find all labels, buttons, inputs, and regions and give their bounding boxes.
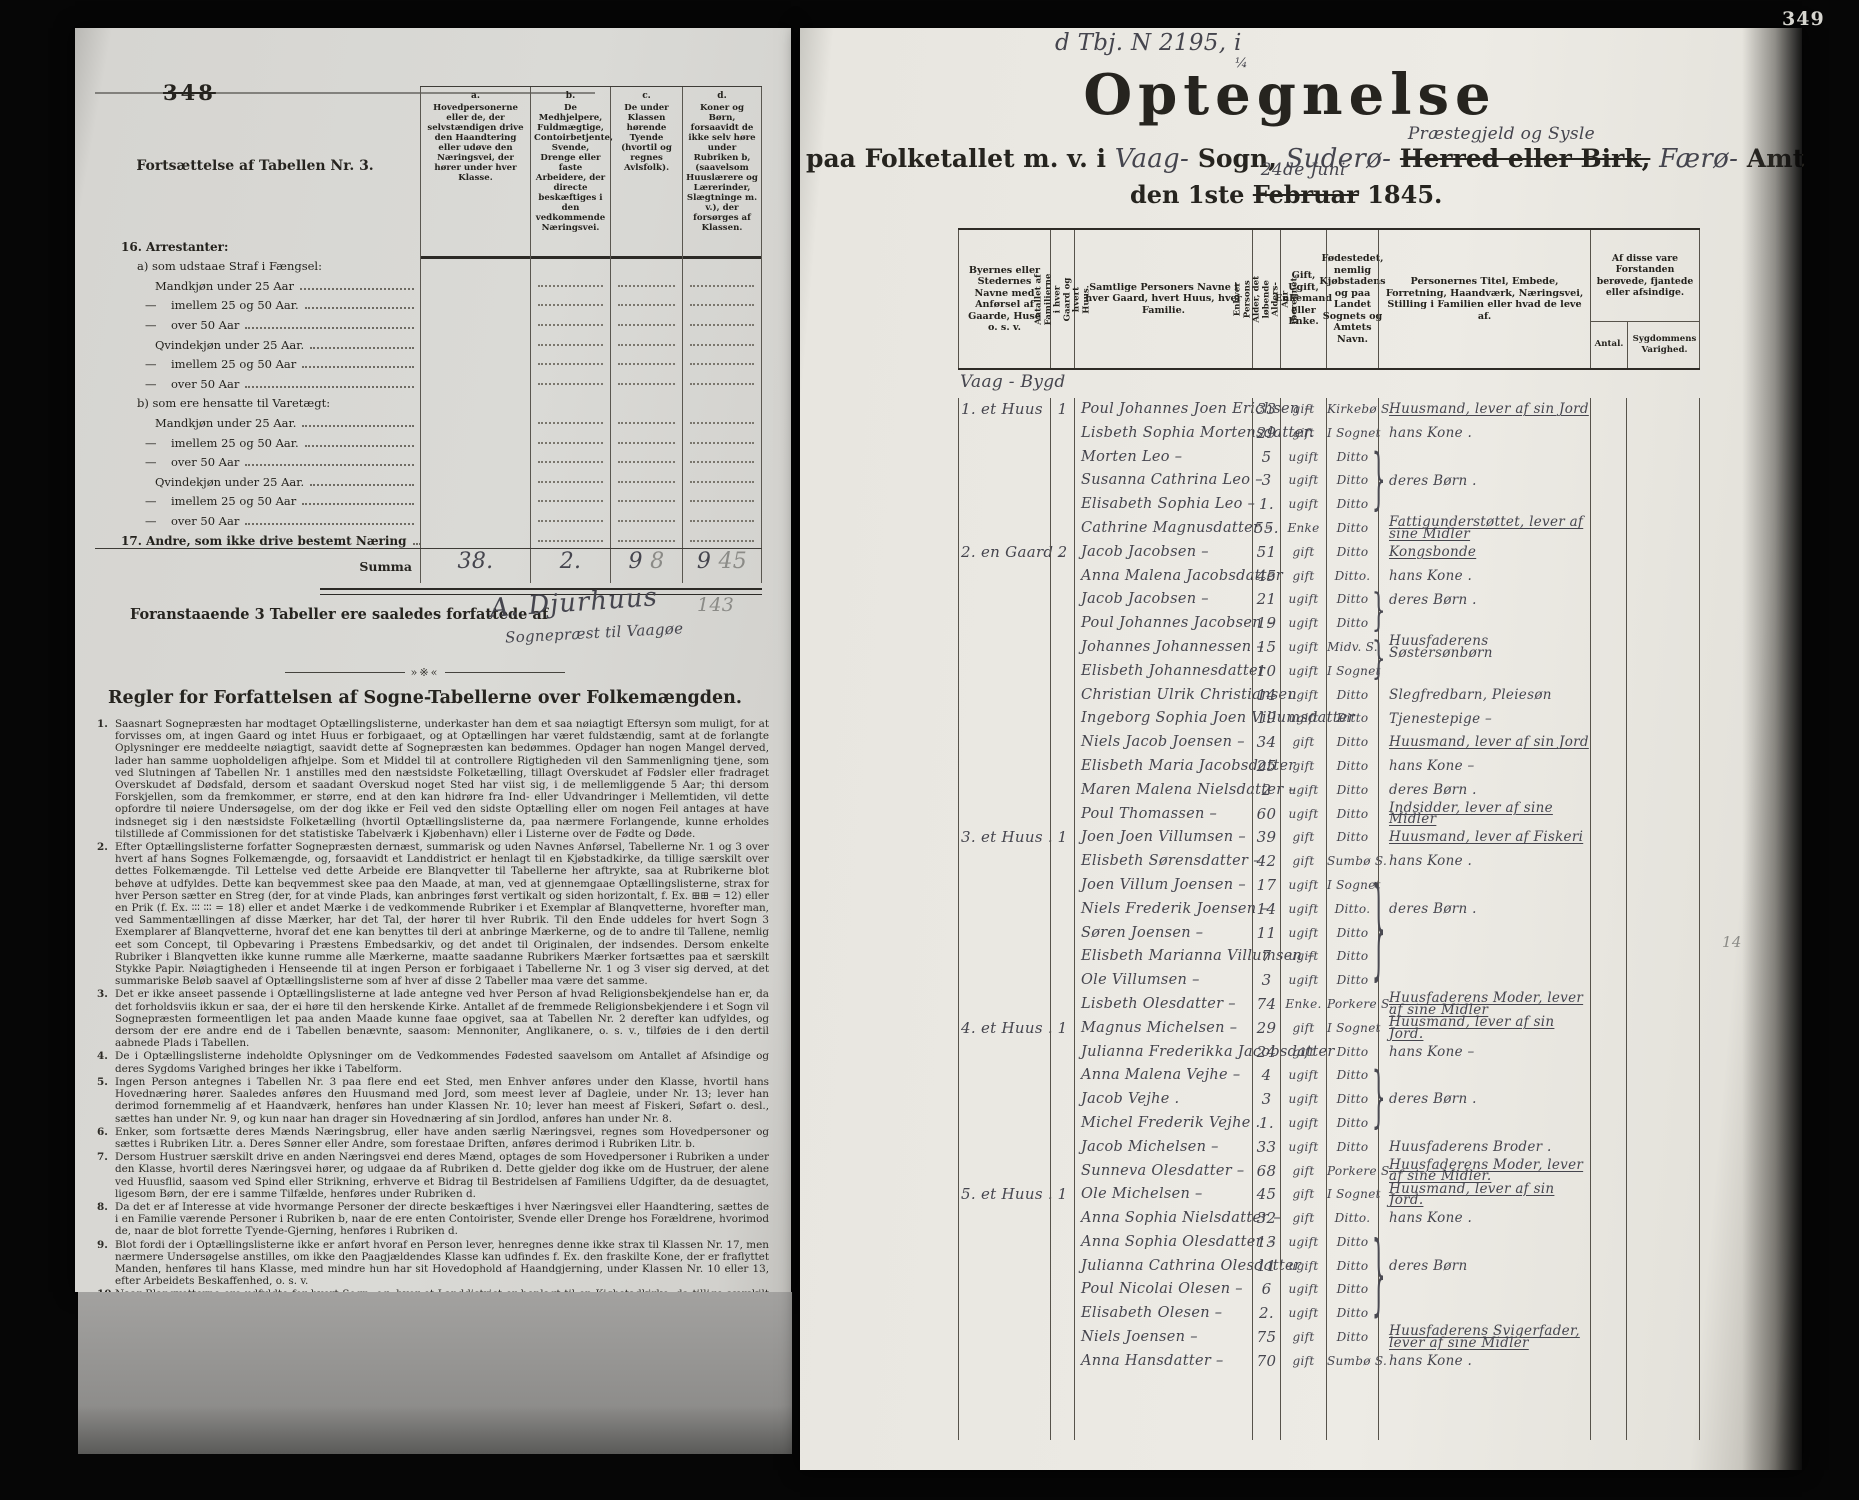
cell-occupation bbox=[1378, 1064, 1590, 1088]
handwritten-parish: Vaag- bbox=[1115, 144, 1189, 174]
birthplace-text: Ditto bbox=[1337, 497, 1369, 511]
birthplace-text: Ditto bbox=[1337, 807, 1369, 821]
cell-family-count: 2 bbox=[1050, 541, 1074, 565]
cell-place bbox=[958, 707, 1050, 731]
occupation-text: hans Kone – bbox=[1389, 761, 1475, 773]
cell-family-count bbox=[1050, 446, 1074, 470]
dotted-leader bbox=[310, 346, 414, 349]
cell-place bbox=[958, 684, 1050, 708]
birthplace-text: Ditto bbox=[1337, 926, 1369, 940]
cell-marital-status: ugift bbox=[1280, 1255, 1326, 1279]
cell-name: Niels Jacob Joensen – bbox=[1074, 731, 1252, 755]
row-label-text: 17. Andre, som ikke drive bestemt Næring bbox=[121, 534, 407, 548]
dotted-fill bbox=[690, 304, 754, 306]
cell-insane-count bbox=[1590, 541, 1626, 565]
cell-d bbox=[682, 352, 762, 372]
cell-occupation: Huusmand, lever af Fiskeri bbox=[1378, 826, 1590, 850]
cell-insane-duration bbox=[1626, 922, 1700, 946]
cell-age: 70 bbox=[1252, 1350, 1280, 1374]
cell-c bbox=[610, 469, 682, 489]
dotted-fill bbox=[618, 304, 675, 306]
cell-age: 2. bbox=[1252, 1302, 1280, 1326]
cell-c bbox=[610, 312, 682, 332]
cell-insane-count bbox=[1590, 517, 1626, 541]
birthplace-text: Ditto bbox=[1337, 949, 1369, 963]
cell-name: Jacob Jacobsen – bbox=[1074, 541, 1252, 565]
birthplace-text: Ditto bbox=[1337, 1045, 1369, 1059]
row-label: Qvindekjøn under 25 Aar. bbox=[95, 338, 420, 352]
cell-c bbox=[610, 293, 682, 313]
cell-insane-duration bbox=[1626, 684, 1700, 708]
cell-c bbox=[610, 371, 682, 391]
cell-occupation: Slegfredbarn, Pleiesøn bbox=[1378, 684, 1590, 708]
header-occupation: Personernes Titel, Embede, Forretning, H… bbox=[1378, 230, 1590, 368]
cell-d bbox=[682, 254, 762, 274]
cell-birthplace: Ditto} bbox=[1326, 588, 1378, 612]
cell-family-count bbox=[1050, 660, 1074, 684]
dotted-fill bbox=[618, 540, 675, 542]
cell-age: 75 bbox=[1252, 1326, 1280, 1350]
cell-place bbox=[958, 565, 1050, 589]
cell-insane-duration bbox=[1626, 1112, 1700, 1136]
cell-marital-status: ugift bbox=[1280, 874, 1326, 898]
cell-birthplace: Ditto bbox=[1326, 922, 1378, 946]
handwritten-correction: Præstegjeld og Sysle bbox=[1408, 124, 1595, 144]
birthplace-text: I Sognet bbox=[1327, 1021, 1381, 1035]
row-label-text: imellem 25 og 50 Aar bbox=[171, 494, 296, 508]
cell-place bbox=[958, 493, 1050, 517]
cell-d bbox=[682, 450, 762, 470]
header-names: Samtlige Personers Navne i hver Gaard, h… bbox=[1074, 230, 1252, 368]
occupation-text: deres Børn . bbox=[1389, 904, 1477, 916]
cell-marital-status: ugift bbox=[1280, 898, 1326, 922]
dotted-fill bbox=[618, 481, 675, 483]
table3-row: 17. Andre, som ikke drive bestemt Næring bbox=[95, 528, 762, 548]
left-page: 348 Fortsættelse af Tabellen Nr. 3. a. H… bbox=[75, 28, 791, 1292]
cell-birthplace: Ditto bbox=[1326, 826, 1378, 850]
cell-place bbox=[958, 1041, 1050, 1065]
cell-insane-count bbox=[1590, 993, 1626, 1017]
cell-family-count bbox=[1050, 850, 1074, 874]
dotted-fill bbox=[538, 461, 603, 463]
table3-row: — over 50 Aar bbox=[95, 312, 762, 332]
cell-birthplace: I Sognet bbox=[1326, 1183, 1378, 1207]
table3-row: — imellem 25 og 50 Aar bbox=[95, 489, 762, 509]
dotted-fill bbox=[538, 442, 603, 444]
cell-name: Susanna Cathrina Leo – bbox=[1074, 469, 1252, 493]
table3-row: b) som ere hensatte til Varetægt: bbox=[95, 391, 762, 411]
dotted-leader bbox=[302, 365, 414, 368]
dotted-fill bbox=[618, 344, 675, 346]
cell-name: Poul Johannes Joen Erichsen – bbox=[1074, 398, 1252, 422]
cell-name: Anna Sophia Olesdatter – bbox=[1074, 1231, 1252, 1255]
cell-marital-status: ugift bbox=[1280, 969, 1326, 993]
row-label: b) som ere hensatte til Varetægt: bbox=[95, 396, 420, 410]
cell-marital-status: ugift bbox=[1280, 612, 1326, 636]
occupation-text: Huusmand, lever af sin Jord. bbox=[1389, 1184, 1590, 1207]
ornament-bar bbox=[445, 672, 565, 674]
birthplace-text: Ditto. bbox=[1335, 1211, 1371, 1225]
scanned-census-spread: 348 Fortsættelse af Tabellen Nr. 3. a. H… bbox=[0, 0, 1859, 1500]
cell-birthplace: Ditto bbox=[1326, 1278, 1378, 1302]
cell-insane-count bbox=[1590, 660, 1626, 684]
column-letter: d. bbox=[686, 91, 758, 101]
column-letter: b. bbox=[534, 91, 607, 101]
row-label-text: over 50 Aar bbox=[171, 455, 239, 469]
row-label: 16. Arrestanter: bbox=[95, 240, 420, 254]
cell-insane-count bbox=[1590, 1255, 1626, 1279]
row-label-text: over 50 Aar bbox=[171, 514, 239, 528]
dotted-fill bbox=[690, 500, 754, 502]
dotted-fill bbox=[618, 324, 675, 326]
dotted-fill bbox=[538, 324, 603, 326]
occupation-text: Huusmand, lever af sin Jord bbox=[1389, 737, 1589, 749]
cell-insane-duration bbox=[1626, 517, 1700, 541]
cell-name: Elisbeth Maria Jacobsdatter bbox=[1074, 755, 1252, 779]
row-label-text: a) som udstaae Straf i Fængsel: bbox=[137, 259, 322, 273]
cell-c bbox=[610, 273, 682, 293]
cell-occupation: Tjenestepige – bbox=[1378, 707, 1590, 731]
birthplace-text: Ditto bbox=[1337, 616, 1369, 630]
cell-marital-status: Enke. bbox=[1280, 993, 1326, 1017]
group-brace: } bbox=[1372, 447, 1386, 518]
dotted-fill bbox=[690, 363, 754, 365]
cell-a bbox=[420, 508, 530, 528]
cell-insane-duration bbox=[1626, 1017, 1700, 1041]
cell-occupation: deres Børn . bbox=[1378, 588, 1590, 612]
dotted-leader bbox=[305, 444, 414, 447]
cell-age: 10 bbox=[1252, 660, 1280, 684]
cell-insane-duration bbox=[1626, 755, 1700, 779]
row-label: — over 50 Aar bbox=[95, 455, 420, 469]
table3-row: Qvindekjøn under 25 Aar. bbox=[95, 469, 762, 489]
cell-age: 60 bbox=[1252, 803, 1280, 827]
scanner-backing bbox=[78, 1292, 792, 1454]
cell-birthplace: Ditto. bbox=[1326, 898, 1378, 922]
cell-age: 3 bbox=[1252, 1088, 1280, 1112]
cell-family-count bbox=[1050, 1326, 1074, 1350]
cell-age: 1. bbox=[1252, 1112, 1280, 1136]
birthplace-text: Ditto bbox=[1337, 1306, 1369, 1320]
cell-insane-count bbox=[1590, 469, 1626, 493]
rule-text: Ingen Person antegnes i Tabellen Nr. 3 p… bbox=[115, 1076, 769, 1125]
cell-insane-duration bbox=[1626, 898, 1700, 922]
cell-marital-status: ugift bbox=[1280, 636, 1326, 660]
cell-occupation: Huusfaderens Moder, lever af sine Midler… bbox=[1378, 1160, 1590, 1184]
cell-occupation bbox=[1378, 874, 1590, 898]
cell-b bbox=[530, 273, 610, 293]
cell-marital-status: ugift bbox=[1280, 469, 1326, 493]
rule-paragraph: 6. Enker, som fortsætte deres Mænds Næri… bbox=[97, 1126, 769, 1150]
cell-age: 29 bbox=[1252, 422, 1280, 446]
cell-d bbox=[682, 293, 762, 313]
table3-row: — over 50 Aar bbox=[95, 508, 762, 528]
cell-place bbox=[958, 898, 1050, 922]
cell-place bbox=[958, 612, 1050, 636]
row-label-text: over 50 Aar bbox=[171, 377, 239, 391]
cell-age: 68 bbox=[1252, 1160, 1280, 1184]
cell-marital-status: ugift bbox=[1280, 707, 1326, 731]
cell-birthplace: Ditto bbox=[1326, 1041, 1378, 1065]
cell-marital-status: ugift bbox=[1280, 922, 1326, 946]
cell-place bbox=[958, 469, 1050, 493]
cell-d bbox=[682, 391, 762, 411]
cell-insane-duration bbox=[1626, 588, 1700, 612]
cell-age: 25 bbox=[1252, 755, 1280, 779]
cell-name: Elisabeth Olesen – bbox=[1074, 1302, 1252, 1326]
cell-insane-count bbox=[1590, 731, 1626, 755]
cell-marital-status: ugift bbox=[1280, 684, 1326, 708]
cell-insane-count bbox=[1590, 898, 1626, 922]
cell-insane-count bbox=[1590, 803, 1626, 827]
cell-b bbox=[530, 450, 610, 470]
summa-b: 2. bbox=[530, 549, 610, 583]
header-insane-title: Af disse vare Forstanden berøvede, fjant… bbox=[1591, 230, 1699, 321]
rule-number: 7. bbox=[97, 1151, 108, 1163]
cell-birthplace: Ditto bbox=[1326, 1088, 1378, 1112]
cell-insane-duration bbox=[1626, 1136, 1700, 1160]
rule-number: 9. bbox=[97, 1239, 108, 1251]
birthplace-text: Ditto. bbox=[1335, 902, 1371, 916]
cell-occupation bbox=[1378, 1231, 1590, 1255]
cell-place bbox=[958, 1136, 1050, 1160]
cell-occupation bbox=[1378, 446, 1590, 470]
handwritten-date: 24de Juni bbox=[1261, 160, 1346, 180]
table3-row: — imellem 25 og 50 Aar bbox=[95, 352, 762, 372]
header-families-vertical: Antallet af Familierne i hver Gaard og h… bbox=[1050, 230, 1074, 368]
birthplace-text: Ditto bbox=[1337, 473, 1369, 487]
row-dash: — bbox=[145, 298, 171, 312]
birthplace-text: Ditto bbox=[1337, 545, 1369, 559]
cell-a bbox=[420, 430, 530, 450]
cell-occupation: Huusfaderens Broder . bbox=[1378, 1136, 1590, 1160]
rule-paragraph: 1. Saasnart Sognepræsten har modtaget Op… bbox=[97, 718, 769, 840]
cell-birthplace: Kirkebø S. bbox=[1326, 398, 1378, 422]
cell-d bbox=[682, 508, 762, 528]
cell-insane-duration bbox=[1626, 803, 1700, 827]
dotted-fill bbox=[538, 304, 603, 306]
cell-birthplace: I Sognet bbox=[1326, 422, 1378, 446]
cell-birthplace: Ditto. bbox=[1326, 1207, 1378, 1231]
cell-name: Lisbeth Olesdatter – bbox=[1074, 993, 1252, 1017]
occupation-text: deres Børn . bbox=[1389, 1094, 1477, 1106]
cell-name: Poul Thomassen – bbox=[1074, 803, 1252, 827]
dotted-fill bbox=[618, 520, 675, 522]
signature-title: Sognepræst til Vaagøe bbox=[505, 619, 684, 646]
cell-b bbox=[530, 254, 610, 274]
cell-insane-duration bbox=[1626, 612, 1700, 636]
row-label: Qvindekjøn under 25 Aar. bbox=[95, 475, 420, 489]
cell-birthplace: I Sognet bbox=[1326, 660, 1378, 684]
cell-age: 15 bbox=[1252, 636, 1280, 660]
summa-a: 38. bbox=[420, 549, 530, 583]
cell-place bbox=[958, 850, 1050, 874]
table3-row: — imellem 25 og 50 Aar. bbox=[95, 430, 762, 450]
pencil-total: 143 bbox=[697, 594, 734, 616]
cell-family-count bbox=[1050, 1160, 1074, 1184]
dotted-fill bbox=[690, 540, 754, 542]
cell-name: Cathrine Magnusdatter – bbox=[1074, 517, 1252, 541]
cell-insane-count bbox=[1590, 1088, 1626, 1112]
cell-name: Joen Joen Villumsen – bbox=[1074, 826, 1252, 850]
cell-age: 19 bbox=[1252, 612, 1280, 636]
cell-marital-status: ugift bbox=[1280, 1231, 1326, 1255]
cell-d bbox=[682, 312, 762, 332]
document-title: Optegnelse bbox=[800, 62, 1780, 128]
table3-column-header: d. Koner og Børn, forsaavidt de ikke sel… bbox=[682, 87, 762, 257]
cell-family-count bbox=[1050, 1088, 1074, 1112]
cell-place bbox=[958, 731, 1050, 755]
birthplace-text: Ditto bbox=[1337, 759, 1369, 773]
occupation-text: deres Børn . bbox=[1389, 476, 1477, 488]
row-label-text: Mandkjøn under 25 Aar bbox=[155, 279, 294, 293]
row-label: — over 50 Aar bbox=[95, 318, 420, 332]
cell-name: Magnus Michelsen – bbox=[1074, 1017, 1252, 1041]
cell-age: 24 bbox=[1252, 1041, 1280, 1065]
occupation-text: hans Kone . bbox=[1389, 571, 1472, 583]
census-table: Byernes eller Stedernes Navne med Anførs… bbox=[958, 228, 1700, 370]
cell-insane-count bbox=[1590, 1326, 1626, 1350]
group-brace: } bbox=[1372, 1232, 1386, 1327]
row-dash: — bbox=[145, 436, 171, 450]
column-header-text: De Medhjelpere, Fuldmægtige, Contoirbetj… bbox=[534, 103, 613, 233]
row-label: a) som udstaae Straf i Fængsel: bbox=[95, 259, 420, 273]
cell-a bbox=[420, 352, 530, 372]
cell-b bbox=[530, 332, 610, 352]
birthplace-text: Midv. S. bbox=[1327, 640, 1378, 654]
cell-place bbox=[958, 1207, 1050, 1231]
cell-birthplace: Ditto bbox=[1326, 707, 1378, 731]
cell-insane-count bbox=[1590, 779, 1626, 803]
birthplace-text: I Sognet bbox=[1327, 1187, 1381, 1201]
cell-age: 21 bbox=[1252, 588, 1280, 612]
cell-family-count bbox=[1050, 1041, 1074, 1065]
rule-paragraph: 8. Da det er af Interesse at vide hvorma… bbox=[97, 1201, 769, 1238]
row-label: — imellem 25 og 50 Aar bbox=[95, 494, 420, 508]
cell-age: 33 bbox=[1252, 398, 1280, 422]
cell-birthplace: Porkere S. bbox=[1326, 993, 1378, 1017]
archival-annotation: d Tbj. N 2195, i bbox=[1055, 30, 1242, 56]
cell-d bbox=[682, 430, 762, 450]
cell-insane-count bbox=[1590, 1017, 1626, 1041]
dotted-leader bbox=[302, 502, 414, 505]
cell-insane-duration bbox=[1626, 707, 1700, 731]
row-label: — imellem 25 og 50 Aar. bbox=[95, 298, 420, 312]
row-label-text: Qvindekjøn under 25 Aar. bbox=[155, 338, 304, 352]
cell-birthplace: Ditto bbox=[1326, 493, 1378, 517]
occupation-text: hans Kone . bbox=[1389, 1213, 1472, 1225]
cell-marital-status: gift bbox=[1280, 1183, 1326, 1207]
header-insane-duration: Sygdommens Varighed. bbox=[1627, 322, 1701, 368]
cell-birthplace: Ditto bbox=[1326, 1255, 1378, 1279]
cell-name: Anna Malena Vejhe – bbox=[1074, 1064, 1252, 1088]
rule-number: 6. bbox=[97, 1126, 108, 1138]
cell-family-count bbox=[1050, 1255, 1074, 1279]
cell-birthplace: Ditto bbox=[1326, 1112, 1378, 1136]
dotted-fill bbox=[690, 520, 754, 522]
cell-birthplace: Sumbø S. bbox=[1326, 850, 1378, 874]
cell-marital-status: ugift bbox=[1280, 493, 1326, 517]
cell-place bbox=[958, 422, 1050, 446]
cell-marital-status: gift bbox=[1280, 1160, 1326, 1184]
cell-family-count bbox=[1050, 1302, 1074, 1326]
cell-age: 7 bbox=[1252, 945, 1280, 969]
cell-age: 13 bbox=[1252, 1231, 1280, 1255]
cell-place: 3. et Huus . bbox=[958, 826, 1050, 850]
cell-a bbox=[420, 273, 530, 293]
cell-place bbox=[958, 874, 1050, 898]
cell-insane-count bbox=[1590, 1302, 1626, 1326]
cell-occupation: hans Kone . bbox=[1378, 1350, 1590, 1374]
cell-marital-status: ugift bbox=[1280, 1278, 1326, 1302]
cell-b bbox=[530, 469, 610, 489]
cell-age: 32 bbox=[1252, 1207, 1280, 1231]
table3-column-header: b. De Medhjelpere, Fuldmægtige, Contoirb… bbox=[530, 87, 610, 257]
cell-insane-count bbox=[1590, 422, 1626, 446]
group-brace: } bbox=[1372, 1065, 1386, 1136]
cell-insane-count bbox=[1590, 1041, 1626, 1065]
cell-c bbox=[610, 489, 682, 509]
dotted-fill bbox=[690, 383, 754, 385]
cell-birthplace: Porkere S. bbox=[1326, 1160, 1378, 1184]
rule-number: 5. bbox=[97, 1076, 108, 1088]
cell-a bbox=[420, 312, 530, 332]
cell-name: Sunneva Olesdatter – bbox=[1074, 1160, 1252, 1184]
cell-occupation: hans Kone – bbox=[1378, 755, 1590, 779]
cell-age: 11 bbox=[1252, 922, 1280, 946]
row-label: — imellem 25 og 50 Aar bbox=[95, 357, 420, 371]
occupation-text: deres Børn . bbox=[1389, 785, 1477, 797]
occupation-text: Fattigunderstøttet, lever af sine Midler bbox=[1389, 517, 1590, 540]
cell-family-count bbox=[1050, 969, 1074, 993]
cell-birthplace: Ditto. bbox=[1326, 565, 1378, 589]
rule-text: De i Optællingslisterne indeholdte Oplys… bbox=[115, 1050, 769, 1074]
cell-birthplace: Ditto bbox=[1326, 517, 1378, 541]
row-label-text: imellem 25 og 50 Aar. bbox=[171, 298, 299, 312]
cell-marital-status: ugift bbox=[1280, 1136, 1326, 1160]
cell-age: 33 bbox=[1252, 1136, 1280, 1160]
cell-birthplace: Ditto bbox=[1326, 684, 1378, 708]
cell-b bbox=[530, 391, 610, 411]
cell-birthplace: Sumbø S. bbox=[1326, 1350, 1378, 1374]
cell-b bbox=[530, 528, 610, 548]
cell-family-count bbox=[1050, 1207, 1074, 1231]
birthplace-text: I Sognet bbox=[1327, 426, 1381, 440]
rule-number: 4. bbox=[97, 1050, 108, 1062]
table3-column-header: c. De under Klassen hørende Tyende (hvor… bbox=[610, 87, 682, 257]
cell-name: Ole Villumsen – bbox=[1074, 969, 1252, 993]
cell-occupation: Fattigunderstøttet, lever af sine Midler bbox=[1378, 517, 1590, 541]
cell-insane-duration bbox=[1626, 1041, 1700, 1065]
cell-a bbox=[420, 450, 530, 470]
cell-c bbox=[610, 508, 682, 528]
dotted-fill bbox=[690, 344, 754, 346]
dotted-fill bbox=[690, 285, 754, 287]
dotted-fill bbox=[538, 383, 603, 385]
cell-insane-count bbox=[1590, 1278, 1626, 1302]
cell-c bbox=[610, 410, 682, 430]
cell-birthplace: Ditto bbox=[1326, 1302, 1378, 1326]
cell-insane-duration bbox=[1626, 446, 1700, 470]
cell-age: 51 bbox=[1252, 541, 1280, 565]
cell-birthplace: Ditto} bbox=[1326, 446, 1378, 470]
dotted-leader bbox=[245, 522, 414, 525]
cell-marital-status: gift bbox=[1280, 850, 1326, 874]
cell-place bbox=[958, 660, 1050, 684]
cell-insane-duration bbox=[1626, 1183, 1700, 1207]
header-insane-group: Af disse vare Forstanden berøvede, fjant… bbox=[1590, 230, 1700, 368]
cell-place: 5. et Huus . bbox=[958, 1183, 1050, 1207]
